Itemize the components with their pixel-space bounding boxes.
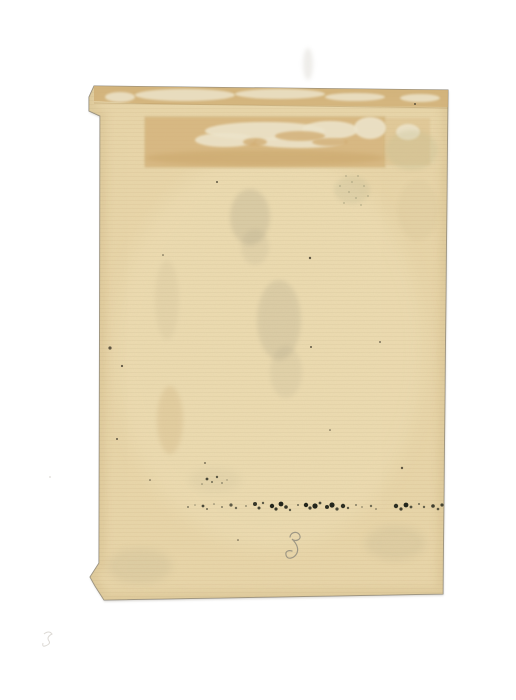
smudge bbox=[398, 180, 438, 240]
speck bbox=[379, 341, 381, 343]
smudge bbox=[189, 468, 241, 492]
ink-dot bbox=[399, 507, 402, 510]
ink-dot bbox=[308, 506, 311, 509]
ink-dot bbox=[341, 504, 345, 508]
ink-dot bbox=[394, 504, 398, 508]
ink-dot bbox=[235, 507, 237, 509]
speck bbox=[414, 103, 416, 105]
ink-dot-upper bbox=[226, 479, 227, 480]
green-speckle bbox=[348, 191, 350, 193]
green-speckle bbox=[345, 175, 347, 177]
ink-dot-upper bbox=[201, 483, 203, 485]
tape-abrasion bbox=[325, 93, 385, 101]
ink-dot bbox=[423, 506, 425, 508]
ink-dot bbox=[229, 503, 232, 506]
ink-dot bbox=[335, 507, 338, 510]
ink-dot bbox=[355, 504, 357, 506]
smudge bbox=[334, 176, 370, 204]
ink-dot-upper bbox=[216, 476, 218, 478]
ink-dot bbox=[206, 508, 208, 510]
tape-abrasion bbox=[135, 89, 235, 101]
tape-patch-shade bbox=[145, 150, 385, 166]
ink-dot bbox=[202, 505, 205, 508]
ink-dot bbox=[258, 507, 261, 510]
green-speckle bbox=[343, 202, 345, 204]
speck bbox=[401, 467, 403, 469]
tape-showthrough bbox=[312, 138, 348, 146]
smudge bbox=[155, 260, 179, 340]
speck bbox=[309, 257, 311, 259]
ink-dot bbox=[245, 505, 247, 507]
smudge bbox=[365, 526, 425, 560]
speck bbox=[162, 254, 164, 256]
ink-dot bbox=[279, 502, 284, 507]
speck bbox=[310, 346, 312, 348]
ink-dot bbox=[431, 504, 435, 508]
ink-dot bbox=[253, 502, 257, 506]
ink-dot bbox=[274, 507, 277, 510]
tape-abrasion bbox=[400, 94, 440, 102]
green-speckle bbox=[360, 204, 362, 206]
ink-dot bbox=[418, 503, 420, 505]
speck bbox=[329, 429, 331, 431]
green-speckle bbox=[339, 185, 341, 187]
tape-abrasion bbox=[105, 92, 135, 102]
ink-dot bbox=[437, 508, 440, 511]
ink-dot bbox=[262, 502, 264, 504]
speck bbox=[116, 438, 118, 440]
smudge bbox=[108, 548, 172, 584]
tape-showthrough bbox=[243, 138, 267, 146]
margin-wisp bbox=[303, 48, 313, 80]
ink-dot bbox=[297, 504, 299, 506]
green-mottle bbox=[386, 130, 438, 170]
ink-dot bbox=[194, 504, 196, 506]
ink-dot bbox=[440, 503, 443, 506]
ink-dot-upper bbox=[221, 482, 223, 484]
ink-dot-upper bbox=[206, 478, 209, 481]
ink-dot bbox=[325, 505, 329, 509]
smudge bbox=[257, 280, 301, 360]
ink-dot bbox=[347, 507, 349, 509]
green-speckle bbox=[355, 197, 357, 199]
ink-dot bbox=[404, 503, 409, 508]
ink-dot bbox=[375, 508, 377, 510]
ink-dot-upper bbox=[211, 481, 213, 483]
photo-scan bbox=[0, 0, 516, 700]
ink-dot bbox=[213, 503, 215, 505]
ink-dot bbox=[312, 503, 317, 508]
ink-dot bbox=[270, 504, 274, 508]
tape-abrasion bbox=[235, 89, 325, 99]
ink-dot bbox=[370, 505, 372, 507]
smudge bbox=[157, 386, 183, 454]
margin-dot bbox=[49, 476, 51, 478]
tape-patch-abrasion bbox=[354, 117, 386, 139]
green-speckle bbox=[357, 175, 359, 177]
ink-dot bbox=[187, 506, 189, 508]
speck bbox=[237, 539, 239, 541]
ink-dot bbox=[221, 506, 223, 508]
green-speckle bbox=[367, 195, 369, 197]
ink-dot bbox=[284, 505, 288, 509]
ink-dot bbox=[410, 506, 413, 509]
speck bbox=[121, 365, 123, 367]
speck bbox=[149, 479, 151, 481]
photo-verso-svg bbox=[0, 0, 516, 700]
speck bbox=[204, 462, 206, 464]
ink-dot bbox=[329, 502, 334, 507]
ink-dot bbox=[361, 506, 363, 508]
tape-residue bbox=[94, 86, 448, 170]
ink-dot bbox=[319, 502, 322, 505]
speck bbox=[108, 346, 111, 349]
smudge bbox=[270, 346, 302, 398]
ink-dot bbox=[289, 509, 291, 511]
green-speckle bbox=[351, 181, 353, 183]
speck bbox=[216, 181, 218, 183]
green-speckle bbox=[363, 185, 365, 187]
ink-dot bbox=[304, 503, 308, 507]
smudge bbox=[241, 229, 269, 265]
